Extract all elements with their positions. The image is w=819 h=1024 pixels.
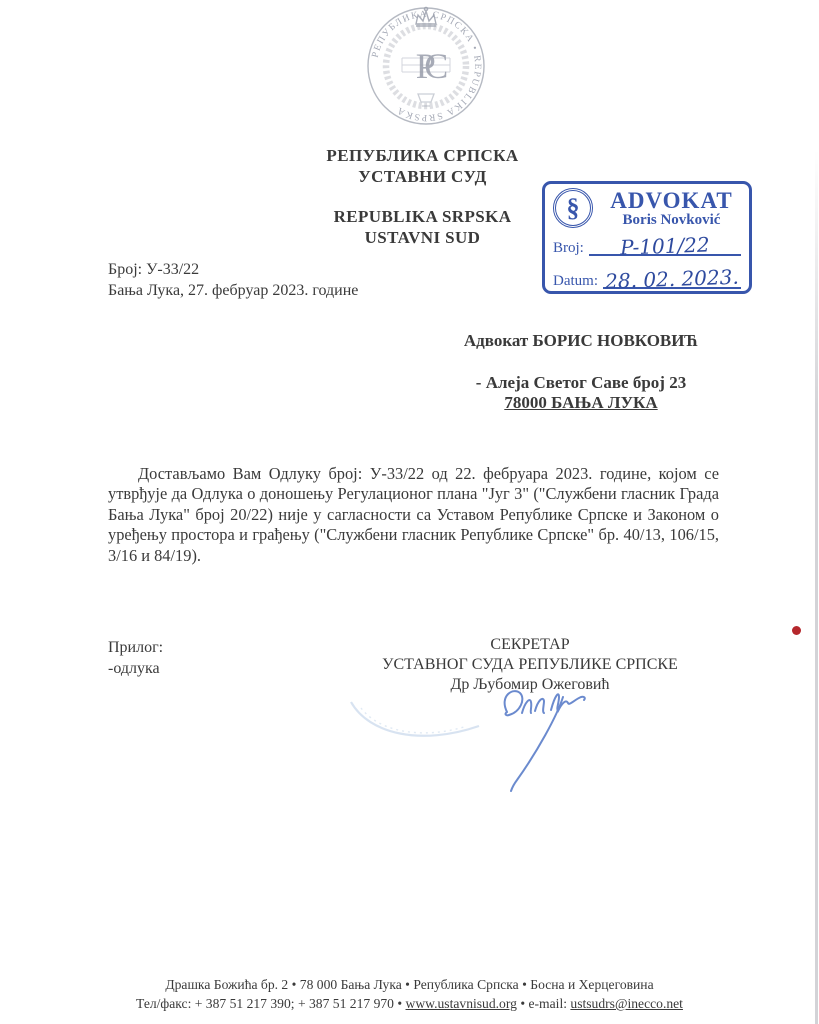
attachment-item: -одлука — [108, 658, 163, 679]
stamp-datum-handwritten-value: 28. 02. 2023. — [605, 265, 739, 294]
reference-block: Број: У-33/22 Бања Лука, 27. фебруар 202… — [108, 259, 358, 301]
stamp-datum-line: 28. 02. 2023. — [603, 265, 741, 289]
paragraph-symbol-icon: § — [553, 188, 593, 228]
seal-monogram: РС — [416, 46, 447, 86]
footer-website-link: www.ustavnisud.org — [406, 996, 517, 1011]
advokat-stamp: § ADVOKAT Boris Novković Broj: P-101/22 … — [542, 181, 752, 294]
stamp-header: § ADVOKAT Boris Novković — [553, 188, 741, 228]
footer-email-link: ustsudrs@inecco.net — [570, 996, 683, 1011]
stamp-broj-line: P-101/22 — [589, 232, 741, 256]
scan-edge-artifact — [815, 150, 818, 1024]
stamp-broj-row: Broj: P-101/22 — [553, 232, 741, 256]
stamp-datum-label: Datum: — [553, 273, 598, 289]
scanned-letter-page: РС РЕПУБЛИКА СРПСКА • REPUBLIKA SRPSKA Р… — [0, 0, 819, 1024]
stamp-title: ADVOKAT — [602, 189, 741, 212]
attachment-label: Прилог: — [108, 637, 163, 658]
stamp-broj-label: Broj: — [553, 240, 584, 256]
stamp-titles: ADVOKAT Boris Novković — [602, 189, 741, 228]
stamp-lawyer-name: Boris Novković — [602, 212, 741, 228]
reference-number: Број: У-33/22 — [108, 259, 358, 280]
org-name-cyr-line1: РЕПУБЛИКА СРПСКА — [250, 145, 595, 166]
footer: Драшка Божића бр. 2 • 78 000 Бања Лука •… — [0, 975, 819, 1013]
signatory-role: СЕКРЕТАР — [370, 635, 690, 655]
footer-phone: Тел/факс: + 387 51 217 390; + 387 51 217… — [136, 996, 405, 1011]
stamp-datum-row: Datum: 28. 02. 2023. — [553, 265, 741, 289]
stamp-broj-handwritten-value: P-101/22 — [620, 232, 710, 259]
addressee-city: 78000 БАЊА ЛУКА — [425, 393, 737, 413]
signatory-institution: УСТАВНОГ СУДА РЕПУБЛИКЕ СРПСКЕ — [370, 655, 690, 675]
attachment-block: Прилог: -одлука — [108, 637, 163, 679]
addressee-street: - Алеја Светог Саве број 23 — [425, 373, 737, 393]
reference-place-date: Бања Лука, 27. фебруар 2023. године — [108, 280, 358, 301]
footer-contact-line: Тел/факс: + 387 51 217 390; + 387 51 217… — [0, 994, 819, 1013]
handwritten-signature — [487, 684, 599, 802]
court-seal-icon: РС РЕПУБЛИКА СРПСКА • REPUBLIKA SRPSKA — [338, 2, 514, 130]
paragraph-symbol: § — [567, 193, 580, 223]
addressee-block: Адвокат БОРИС НОВКОВИЋ - Алеја Светог Са… — [425, 331, 737, 413]
footer-address-line: Драшка Божића бр. 2 • 78 000 Бања Лука •… — [0, 975, 819, 994]
faint-stamp-arc — [347, 690, 487, 768]
body-paragraph: Достављамо Вам Одлуку број: У-33/22 од 2… — [108, 464, 719, 566]
footer-email-label: • e-mail: — [517, 996, 570, 1011]
addressee-name: Адвокат БОРИС НОВКОВИЋ — [425, 331, 737, 351]
red-dot-artifact — [792, 626, 801, 635]
